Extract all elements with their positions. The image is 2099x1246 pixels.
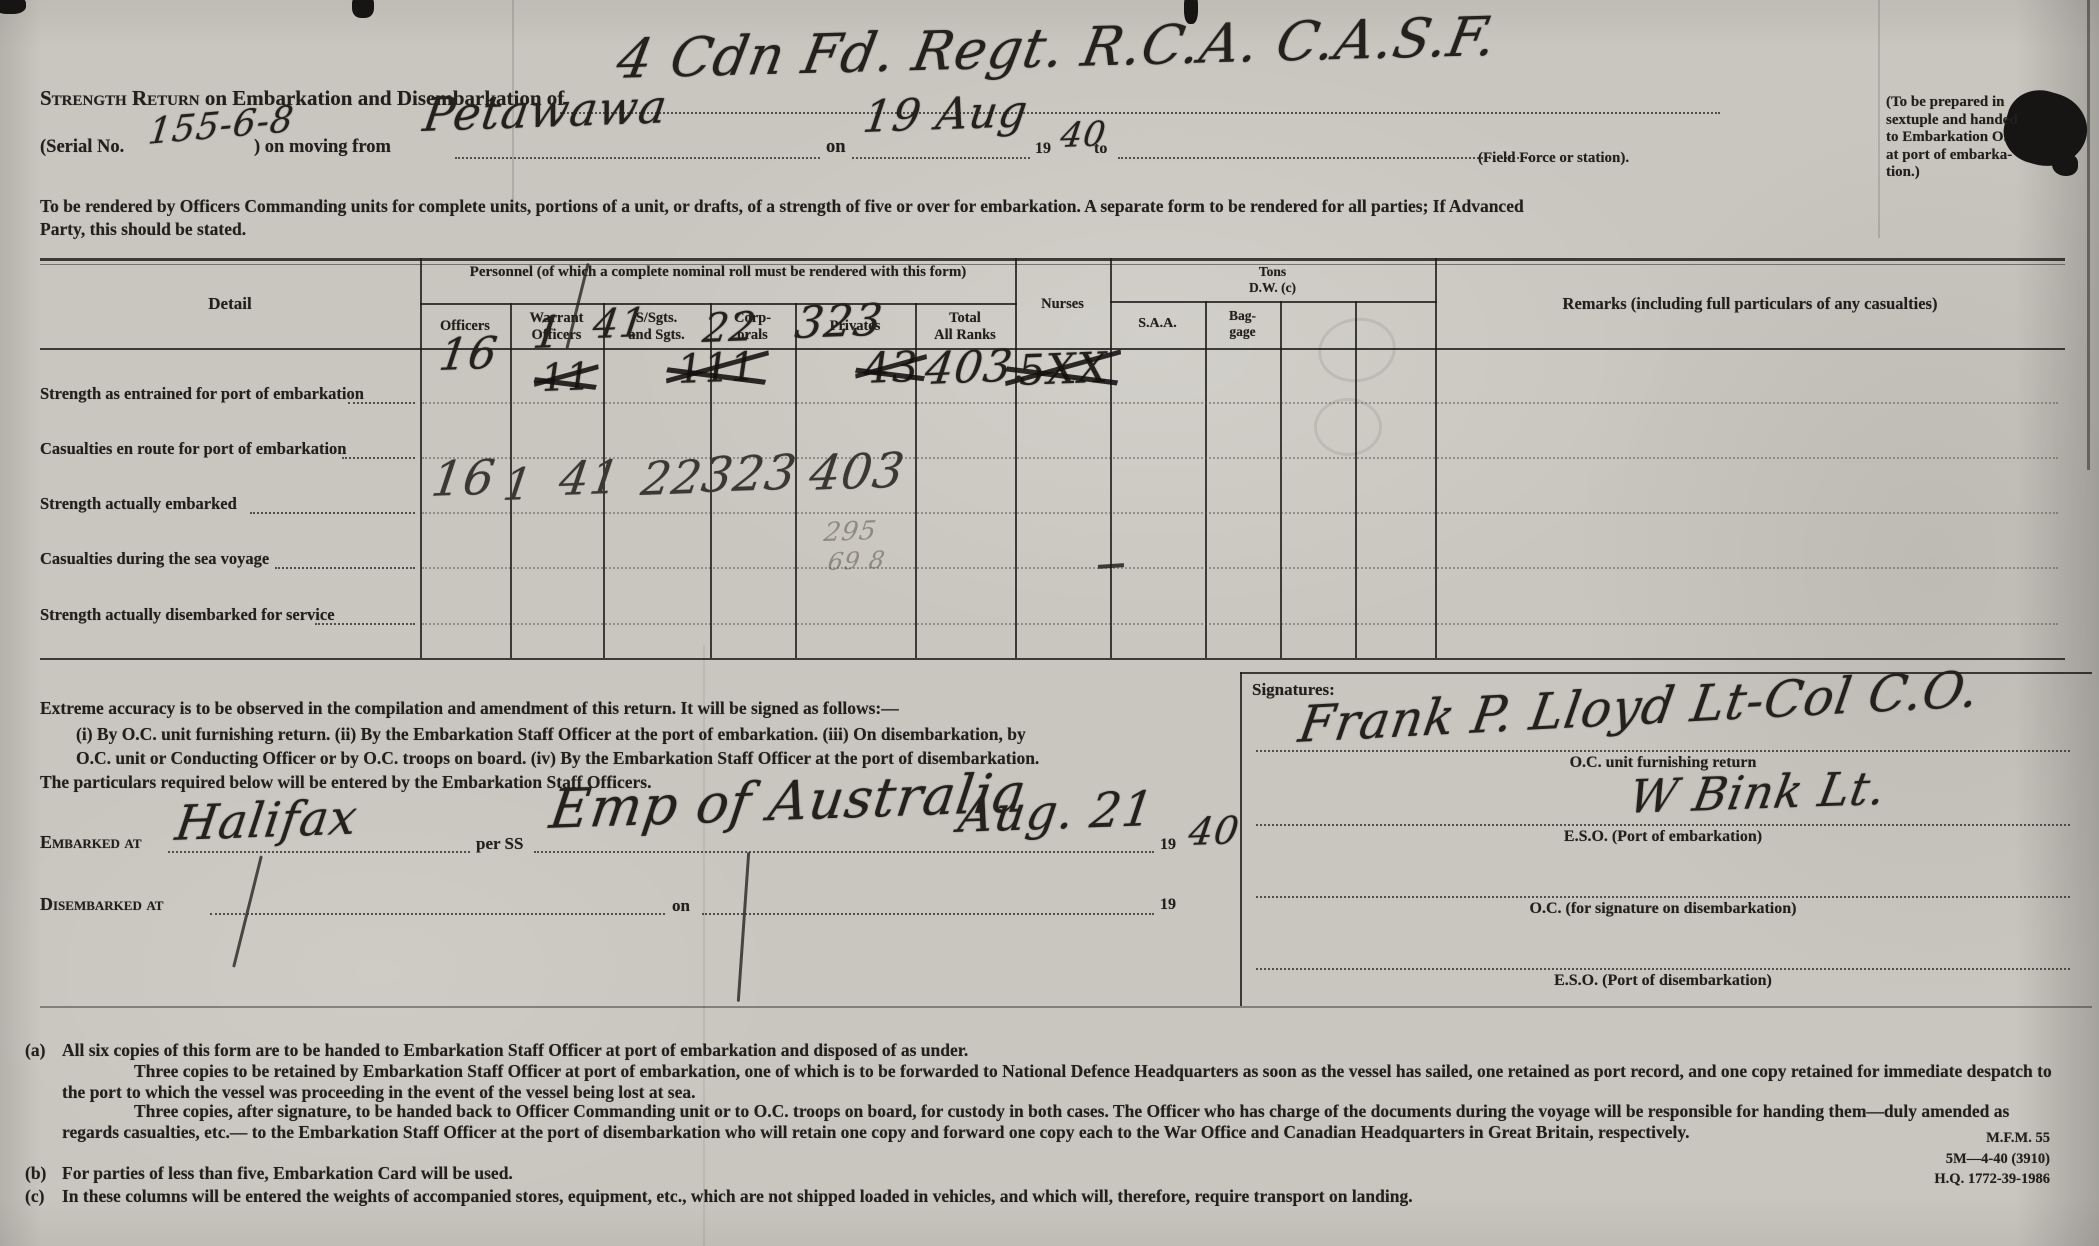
entrained-privates-value: 323 — [792, 295, 886, 349]
footnote-c-marker: (c) — [25, 1186, 44, 1207]
col-line-baggage — [1280, 301, 1282, 658]
detail-header: Detail — [40, 294, 420, 314]
form-code-1: M.F.M. 55 — [1860, 1130, 2050, 1147]
embarked-place-dotted-line — [168, 851, 470, 853]
row-label-casualties-voyage: Casualties during the sea voyage — [40, 549, 269, 569]
title-dotted-line — [560, 112, 1720, 114]
accuracy-line-2: (i) By O.C. unit furnishing return. (ii)… — [76, 724, 1026, 745]
move-date-handwriting: 19 Aug — [860, 86, 1031, 143]
signature-line-1 — [1256, 750, 2070, 752]
footnote-a-sub1: Three copies to be retained by Embarkati… — [62, 1061, 2065, 1102]
entrained-officers-value: 16 — [436, 328, 501, 381]
footnote-c-text: In these columns will be entered the wei… — [62, 1186, 2062, 1207]
scan-edge-smudge — [352, 0, 374, 18]
embarked-privates-value: 323 — [698, 444, 800, 504]
row5-rule-dots — [422, 623, 2058, 625]
row4-leader-dots — [275, 567, 415, 569]
disembarked-at-label: Disembarked at — [40, 894, 163, 915]
table-top-border-inner — [40, 264, 2065, 265]
row1-rule-dots — [422, 402, 2058, 404]
date-dotted-line — [852, 157, 1030, 159]
prep-note: (To be prepared in sextuple and handed t… — [1886, 94, 2048, 182]
embark-year-prefix: 19 — [1160, 836, 1176, 854]
row2-leader-dots — [342, 457, 415, 459]
signature-line-3 — [1256, 896, 2070, 898]
eso-disembark-label: E.S.O. (Port of disembarkation) — [1256, 972, 2070, 990]
moving-from-label: ) on moving from — [254, 137, 391, 158]
form-code-2: 5M—4-40 (3910) — [1860, 1151, 2050, 1168]
signature-line-2 — [1256, 824, 2070, 826]
scanned-document: { "header": { "title_smallcaps": "Streng… — [0, 0, 2099, 1246]
moving-from-dotted-line — [455, 157, 820, 159]
col-line-tons3 — [1355, 301, 1357, 658]
disembarked-place-dotted-line — [210, 913, 665, 915]
ship-dotted-line — [534, 851, 1154, 853]
table-bottom-border — [40, 658, 2065, 660]
ink-stroke — [737, 852, 750, 1002]
entrained-corporals-value: 22 — [700, 304, 759, 352]
oc-disembark-label: O.C. (for signature on disembarkation) — [1256, 900, 2070, 918]
paper-crease — [1878, 0, 1880, 238]
embarked-pencil-note-1: 295 — [822, 516, 879, 548]
table-top-border — [40, 258, 2065, 261]
disembark-year-prefix: 19 — [1160, 896, 1176, 914]
embarked-at-label: Embarked at — [40, 832, 142, 853]
eso-embark-label: E.S.O. (Port of embarkation) — [1256, 828, 2070, 846]
moving-from-handwriting: Petawawa — [420, 79, 671, 142]
scan-edge-line — [2087, 0, 2090, 470]
total-all-ranks-header: Total All Ranks — [915, 310, 1015, 344]
per-ss-label: per SS — [476, 834, 523, 854]
tons-group-header: Tons D.W. (c) — [1110, 264, 1435, 296]
row-label-casualties-route: Casualties en route for port of embarkat… — [40, 439, 346, 459]
col-line-saa — [1205, 301, 1207, 658]
unit-handwriting: 4 Cdn Fd. Regt. R.C.A. C.A.S.F. — [612, 5, 1502, 91]
on-label: on — [826, 137, 846, 158]
footnote-b-marker: (b) — [25, 1163, 46, 1184]
row-label-embarked: Strength actually embarked — [40, 494, 237, 514]
instruction-line-1: To be rendered by Officers Commanding un… — [40, 196, 1524, 217]
remarks-header: Remarks (including full particulars of a… — [1435, 294, 2065, 314]
eso-signature-handwriting: W Bink Lt. — [1625, 761, 1891, 824]
embarked-total-value: 403 — [806, 442, 908, 502]
embark-year-handwriting: 40 — [1186, 808, 1243, 854]
field-force-label: (Field Force or station). — [1478, 150, 1629, 167]
ink-bleed-ghost — [1313, 312, 1401, 389]
embarked-corporals-value: 22 — [638, 450, 706, 506]
ink-bleed-ghost — [1314, 398, 1382, 456]
footnote-a-sub2: Three copies, after signature, to be han… — [62, 1101, 2065, 1142]
form-code-3: H.Q. 1772-39-1986 — [1860, 1171, 2050, 1188]
station-dotted-line — [1118, 157, 1530, 159]
scan-edge-smudge — [0, 0, 26, 14]
entrained-corporals-scratch: 43 — [860, 342, 922, 393]
ink-blot — [2052, 154, 2078, 176]
footnote-a-marker: (a) — [25, 1040, 45, 1061]
row3-leader-dots — [250, 512, 415, 514]
embarked-pencil-note-2: 69 8 — [826, 546, 887, 576]
entrained-total-value: 403. — [922, 340, 1031, 395]
row4-rule-dots — [422, 567, 2058, 569]
form-title-smallcaps: Strength Return — [40, 86, 200, 110]
signature-line-4 — [1256, 968, 2070, 970]
row-label-entrained: Strength as entrained for port of embark… — [40, 384, 364, 404]
serial-label: (Serial No. — [40, 137, 124, 158]
baggage-header: Bag- gage — [1205, 308, 1280, 340]
row1-leader-dots — [348, 402, 415, 404]
to-label: to — [1094, 140, 1107, 158]
saa-header: S.A.A. — [1110, 316, 1205, 332]
entrained-sgts-value: 41 — [590, 300, 649, 348]
instruction-line-2: Party, this should be stated. — [40, 219, 246, 240]
footnote-b-text: For parties of less than five, Embarkati… — [62, 1163, 2062, 1184]
entrained-warrant-value: 1 — [530, 307, 566, 359]
embarked-place-handwriting: Halifax — [172, 789, 361, 852]
disembark-date-dotted-line — [702, 913, 1154, 915]
footnotes-separator — [40, 1006, 2092, 1008]
row3-rule-dots — [422, 512, 2058, 514]
personnel-group-header: Personnel (of which a complete nominal r… — [428, 263, 1008, 281]
signatures-box-left-border — [1240, 672, 1242, 1006]
embarked-officers-value: 16 — [428, 449, 499, 508]
row5-leader-dots — [315, 623, 415, 625]
year-prefix: 19 — [1035, 140, 1051, 158]
tons-group-underline — [1110, 301, 1437, 303]
ink-stroke — [232, 855, 263, 967]
disembark-on-label: on — [672, 896, 690, 916]
embarked-warrant-value: 1 — [500, 459, 536, 511]
nurses-header: Nurses — [1015, 296, 1110, 313]
embarked-sgts-value: 41 — [556, 450, 624, 506]
footnote-a-text: All six copies of this form are to be ha… — [62, 1040, 2062, 1061]
accuracy-line-1: Extreme accuracy is to be observed in th… — [40, 698, 899, 719]
row-label-disembarked: Strength actually disembarked for servic… — [40, 605, 335, 625]
entrained-warrant-scratch: 11 — [538, 354, 595, 400]
embark-date-handwriting: Aug. 21 — [955, 781, 1158, 844]
